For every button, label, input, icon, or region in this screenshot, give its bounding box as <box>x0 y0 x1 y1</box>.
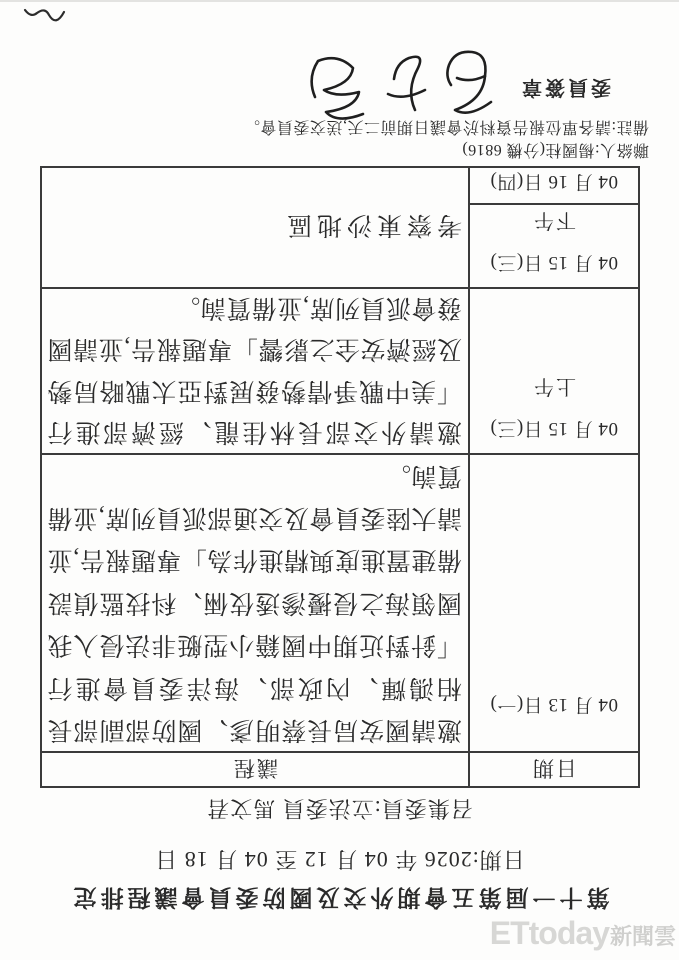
period-label-pm: 下午 <box>470 203 638 241</box>
convener-line: 召集委員:立法委員 馬文君 <box>0 794 679 825</box>
watermark-brand: ETtoday <box>490 915 609 952</box>
signature-label: 委員簽章 <box>519 75 611 104</box>
table-row-agenda-apr15-am: 邀請外交部長林佳龍、經濟部進行「美中戰爭情勢發展對亞太戰略局勢及經濟安全之影響」… <box>42 287 468 453</box>
column-header-date: 日期 <box>468 751 638 786</box>
date-text: 04 月 15 日(三) <box>470 241 638 283</box>
agenda-table: 日期 議程 04 月 13 日(一) 邀請國安局長蔡明彥、國防部副部長柏鴻輝、內… <box>40 166 640 788</box>
table-merged-agenda-inspection: 考察東沙地區 <box>42 168 468 287</box>
table-row-date-apr15-am: 04 月 15 日(三) 上午 <box>468 287 638 453</box>
watermark: ETtoday 新聞雲 <box>490 915 676 952</box>
table-row-date-apr15-pm: 04 月 15 日(三) 下午 <box>468 203 638 287</box>
column-header-agenda: 議程 <box>42 751 468 786</box>
table-row-date-apr13: 04 月 13 日(一) <box>468 453 638 751</box>
handwritten-signature <box>309 35 509 130</box>
table-row-agenda-apr13: 邀請國安局長蔡明彥、國防部副部長柏鴻輝、內政部、海洋委員會進行「針對近期中國籍小… <box>42 453 468 751</box>
date-text: 04 月 15 日(三) <box>470 407 638 449</box>
document-title: 第十一屆第五會期外交及國防委員會議程排定 <box>0 883 679 916</box>
corner-pen-mark <box>21 2 69 32</box>
watermark-suffix: 新聞雲 <box>610 920 676 951</box>
contact-line: 聯絡人:楊國柱(分機 6816) <box>462 140 649 163</box>
session-date-range: 日期:2026 年 04 月 12 至 04 月 18 日 <box>0 845 679 876</box>
period-label-am: 上午 <box>470 365 638 407</box>
document-sheet-rotated-180: 第十一屆第五會期外交及國防委員會議程排定 日期:2026 年 04 月 12 至… <box>0 0 679 960</box>
table-row-date-apr16: 04 月 16 日(四) <box>468 168 638 203</box>
scanned-agenda-page: { "document": { "title": "第十一屆第五會期外交及國防委… <box>0 0 679 960</box>
